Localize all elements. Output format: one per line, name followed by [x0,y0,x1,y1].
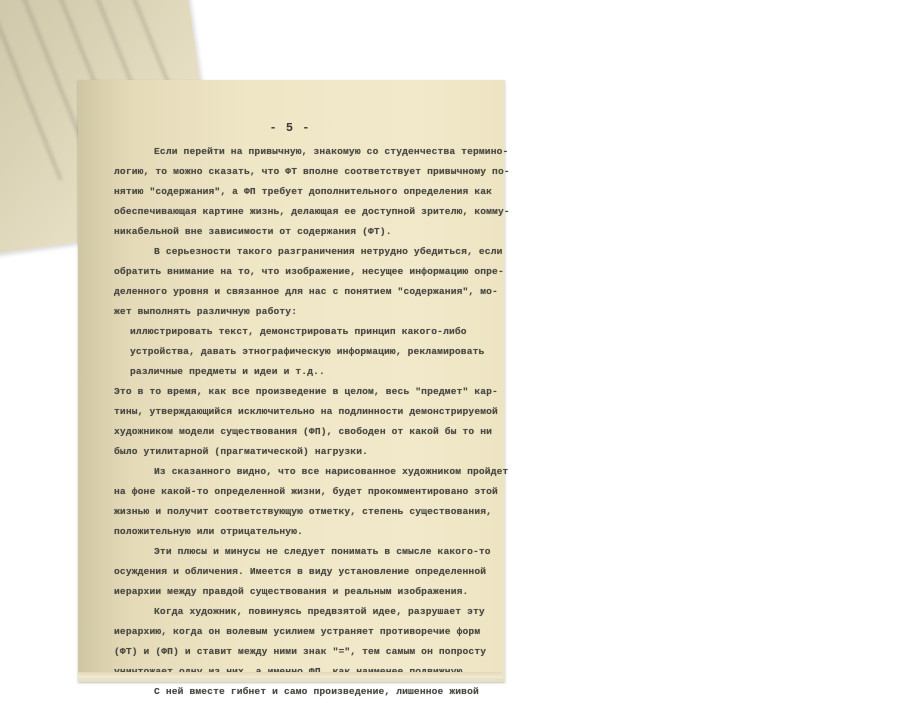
text-line: иерархию, когда он волевым усилием устра… [114,622,489,642]
text-line: обратить внимание на то, что изображение… [114,262,489,282]
text-line: художником модели существования (ФП), св… [114,422,489,442]
text-line: Эти плюсы и минусы не следует понимать в… [114,542,489,562]
text-line: никабельной вне зависимости от содержани… [114,222,489,242]
text-line: тины, утверждающийся исключительно на по… [114,402,489,422]
text-line: Из сказанного видно, что все нарисованно… [114,462,489,482]
text-line: на фоне какой-то определенной жизни, буд… [114,482,489,502]
text-line: было утилитарной (прагматической) нагруз… [114,442,489,462]
text-line: Если перейти на привычную, знакомую со с… [114,142,489,162]
text-line: (ФТ) и (ФП) и ставит между ними знак "="… [114,642,489,662]
text-line: иерархии между правдой существования и р… [114,582,489,602]
text-line: уничтожает одну из них, а именно ФП, как… [114,662,489,682]
text-line: устройства, давать этнографическую инфор… [114,342,489,362]
page-body-text: Если перейти на привычную, знакомую со с… [114,142,489,702]
text-line: нятию "содержания", а ФП требует дополни… [114,182,489,202]
text-line: В серьезности такого разграничения нетру… [114,242,489,262]
text-line: С ней вместе гибнет и само произведение,… [114,682,489,702]
text-line: осуждения и обличения. Имеется в виду ус… [114,562,489,582]
text-line: положительную или отрицательную. [114,522,489,542]
page-number: - 5 - [78,121,502,135]
text-line: обеспечивающая картине жизнь, делающая е… [114,202,489,222]
typewritten-page: - 5 - Если перейти на привычную, знакому… [78,80,505,682]
text-line: Когда художник, повинуясь предвзятой иде… [114,602,489,622]
text-line: логию, то можно сказать, что ФТ вполне с… [114,162,489,182]
text-line: различные предметы и идеи и т.д.. [114,362,489,382]
text-line: деленного уровня и связанное для нас с п… [114,282,489,302]
text-line: жет выполнять различную работу: [114,302,489,322]
text-line: жизнью и получит соответствующую отметку… [114,502,489,522]
text-line: иллюстрировать текст, демонстрировать пр… [114,322,489,342]
text-line: Это в то время, как все произведение в ц… [114,382,489,402]
